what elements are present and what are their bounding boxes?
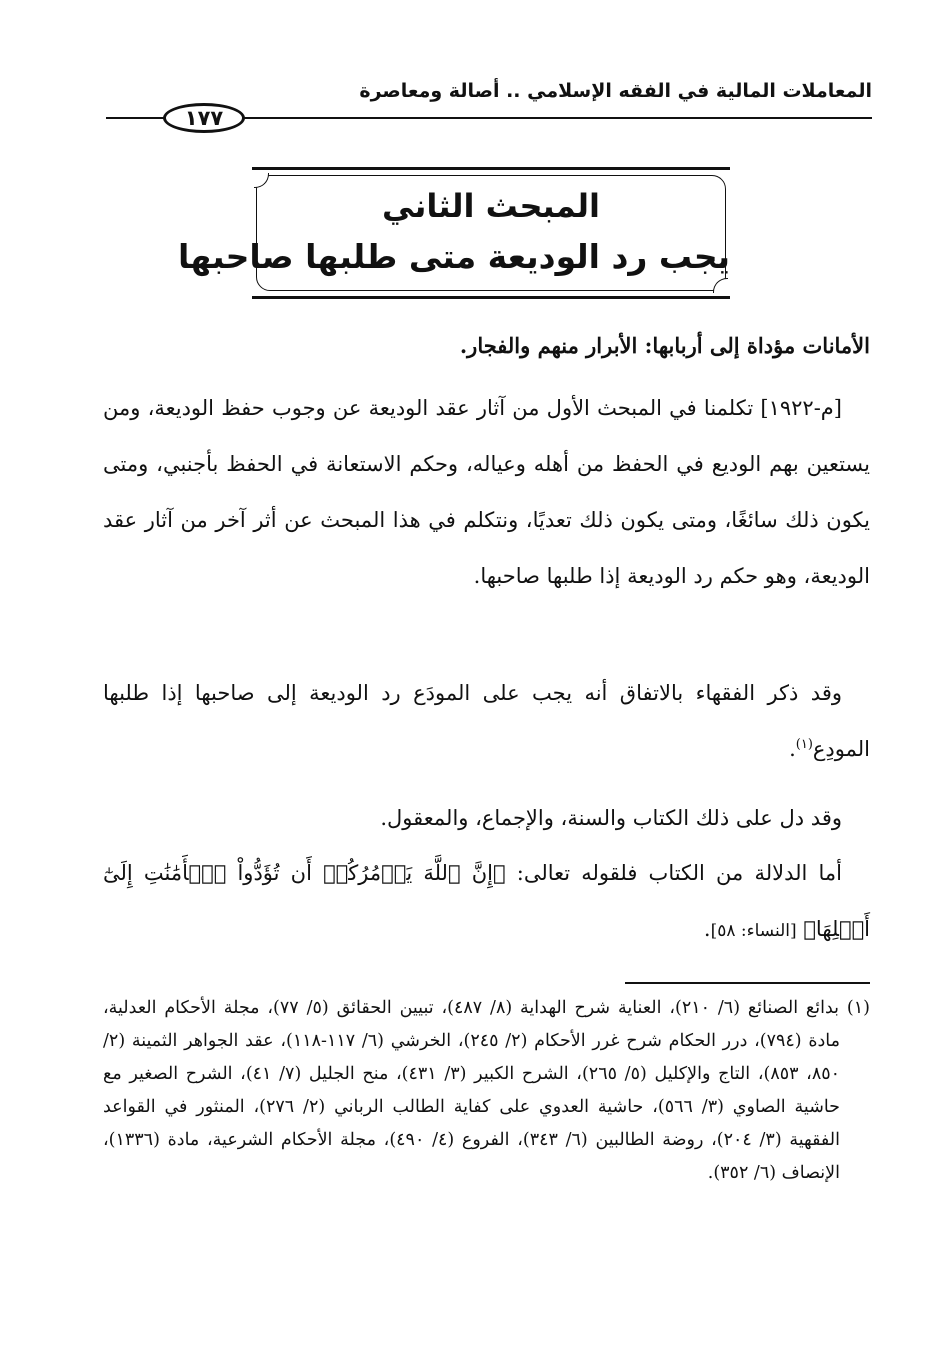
paragraph-3: وقد دل على ذلك الكتاب والسنة، والإجماع، … [103, 790, 870, 846]
paragraph-4-intro: أما الدلالة من الكتاب فلقوله تعالى: [517, 861, 842, 885]
paragraph-1: [م-١٩٢٢] تكلمنا في المبحث الأول من آثار … [103, 380, 870, 604]
footnote-1-text: بدائع الصنائع (٦/ ٢١٠)، العناية شرح الهد… [103, 998, 840, 1183]
running-header-title: المعاملات المالية في الفقه الإسلامي .. أ… [359, 80, 872, 102]
paragraph-2-end: . [789, 737, 796, 761]
paragraph-2: وقد ذكر الفقهاء بالاتفاق أنه يجب على الم… [103, 665, 870, 777]
section-title: يجب رد الوديعة متى طلبها صاحبها [252, 237, 730, 276]
verse-reference: [النساء: ٥٨] [711, 921, 797, 941]
footnote-1-marker: (١) [847, 998, 870, 1018]
section-title-frame: المبحث الثاني يجب رد الوديعة متى طلبها ص… [252, 167, 730, 299]
frame-top-rule [252, 167, 730, 170]
epigraph: الأمانات مؤداة إلى أربابها: الأبرار منهم… [103, 318, 870, 374]
frame-bottom-rule [252, 296, 730, 299]
footnote-1: (١) بدائع الصنائع (٦/ ٢١٠)، العناية شرح … [103, 992, 870, 1190]
paragraph-4-end: . [704, 917, 711, 941]
page-number-text: ١٧٧ [185, 108, 223, 129]
footnote-separator [625, 982, 870, 984]
section-label: المبحث الثاني [252, 187, 730, 225]
book-page: المعاملات المالية في الفقه الإسلامي .. أ… [0, 0, 932, 1361]
footnote-marker-1[interactable]: (١) [796, 737, 813, 752]
paragraph-4: أما الدلالة من الكتاب فلقوله تعالى: ﴿إِن… [103, 845, 870, 959]
footnotes: (١) بدائع الصنائع (٦/ ٢١٠)، العناية شرح … [103, 992, 870, 1190]
paragraph-2-text: وقد ذكر الفقهاء بالاتفاق أنه يجب على الم… [103, 681, 870, 761]
page-number: ١٧٧ [163, 103, 245, 133]
